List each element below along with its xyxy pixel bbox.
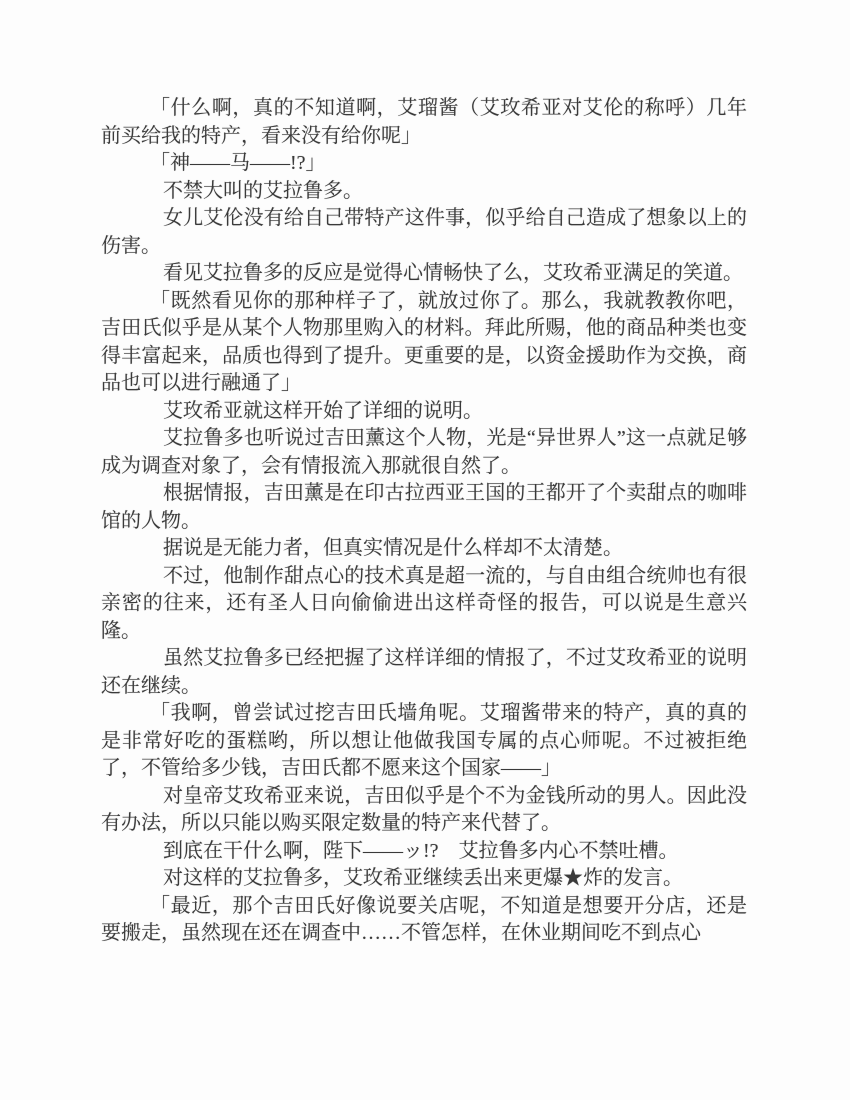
novel-paragraph: 女儿艾伦没有给自己带特产这件事，似乎给自己造成了想象以上的伤害。	[101, 205, 747, 260]
novel-paragraph: 「最近，那个吉田氏好像说要关店呢，不知道是想要开分店，还是要搬走，虽然现在还在调…	[101, 893, 747, 948]
novel-paragraph: 「既然看见你的那种样子了，就放过你了。那么，我就教教你吧，吉田氏似乎是从某个人物…	[101, 288, 747, 398]
novel-paragraph: 到底在干什么啊，陛下——ッ!? 艾拉鲁多内心不禁吐槽。	[101, 838, 747, 866]
novel-paragraph: 根据情报，吉田薰是在印古拉西亚王国的王都开了个卖甜点的咖啡馆的人物。	[101, 480, 747, 535]
novel-paragraph: 不禁大叫的艾拉鲁多。	[101, 178, 747, 206]
novel-paragraph: 看见艾拉鲁多的反应是觉得心情畅快了么，艾玫希亚满足的笑道。	[101, 260, 747, 288]
novel-paragraph: 虽然艾拉鲁多已经把握了这样详细的情报了，不过艾玫希亚的说明还在继续。	[101, 645, 747, 700]
novel-paragraph: 不过，他制作甜点心的技术真是超一流的，与自由组合统帅也有很亲密的往来，还有圣人日…	[101, 563, 747, 646]
novel-paragraph: 「我啊，曾尝试过挖吉田氏墙角呢。艾瑠酱带来的特产，真的真的是非常好吃的蛋糕哟，所…	[101, 700, 747, 783]
novel-paragraph: 据说是无能力者，但真实情况是什么样却不太清楚。	[101, 535, 747, 563]
novel-paragraph: 对这样的艾拉鲁多，艾玫希亚继续丢出来更爆★炸的发言。	[101, 865, 747, 893]
novel-paragraph: 艾玫希亚就这样开始了详细的说明。	[101, 398, 747, 426]
novel-paragraph: 「神——马——!?」	[101, 150, 747, 178]
novel-paragraph: 「什么啊，真的不知道啊，艾瑠酱（艾玫希亚对艾伦的称呼）几年前买给我的特产，看来没…	[101, 95, 747, 150]
novel-page: 「什么啊，真的不知道啊，艾瑠酱（艾玫希亚对艾伦的称呼）几年前买给我的特产，看来没…	[0, 0, 850, 1100]
novel-paragraph: 艾拉鲁多也听说过吉田薰这个人物，光是“异世界人”这一点就足够成为调查对象了，会有…	[101, 425, 747, 480]
novel-paragraph: 对皇帝艾玫希亚来说，吉田似乎是个不为金钱所动的男人。因此没有办法，所以只能以购买…	[101, 783, 747, 838]
novel-text-block: 「什么啊，真的不知道啊，艾瑠酱（艾玫希亚对艾伦的称呼）几年前买给我的特产，看来没…	[101, 95, 747, 948]
